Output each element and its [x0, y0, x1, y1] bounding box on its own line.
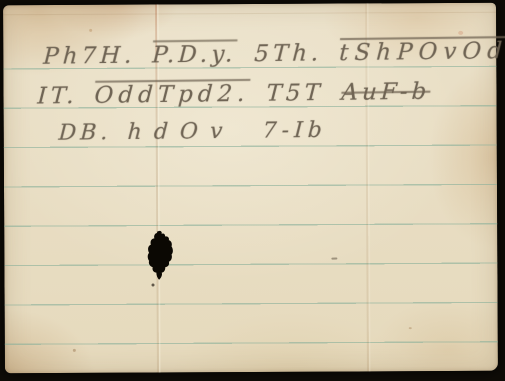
- handwriting-word: Ph7H.: [43, 43, 137, 70]
- ink-speck: [151, 284, 154, 287]
- handwriting-line-3: DB. hdOv 7-Ib: [59, 118, 327, 153]
- crease-horizontal-top: [3, 12, 496, 16]
- foxing-spot: [409, 327, 412, 329]
- ink-blot: [146, 229, 173, 281]
- foxing-spot: [73, 349, 76, 352]
- handwriting-line-2: IT. OddTpd2. T5T AuF-b: [37, 79, 430, 116]
- handwriting-word: hdOv: [127, 119, 235, 145]
- foxing-spot: [89, 29, 92, 32]
- handwriting-word: DB.: [58, 120, 112, 146]
- manuscript-paper: Ph7H. P.D.y. 5Th. tShPOvOd. IT. OddTpd2.…: [3, 3, 498, 374]
- handwriting-word: 5Th.: [253, 40, 323, 67]
- handwriting-word: tShPOvOd.: [338, 38, 505, 66]
- handwriting-word: OddTpd2.: [94, 81, 251, 109]
- pencil-smudge: [331, 258, 337, 260]
- foxing-spot: [458, 31, 463, 35]
- photo-background: Ph7H. P.D.y. 5Th. tShPOvOd. IT. OddTpd2.…: [0, 0, 505, 381]
- handwriting-word: AuF-b: [340, 79, 430, 106]
- handwriting-word: T5T: [266, 80, 325, 107]
- handwriting-word: IT.: [37, 83, 79, 110]
- handwriting-line-1: Ph7H. P.D.y. 5Th. tShPOvOd.: [43, 38, 505, 76]
- handwriting-word: P.D.y.: [152, 41, 238, 68]
- handwriting-word: 7-Ib: [261, 118, 327, 144]
